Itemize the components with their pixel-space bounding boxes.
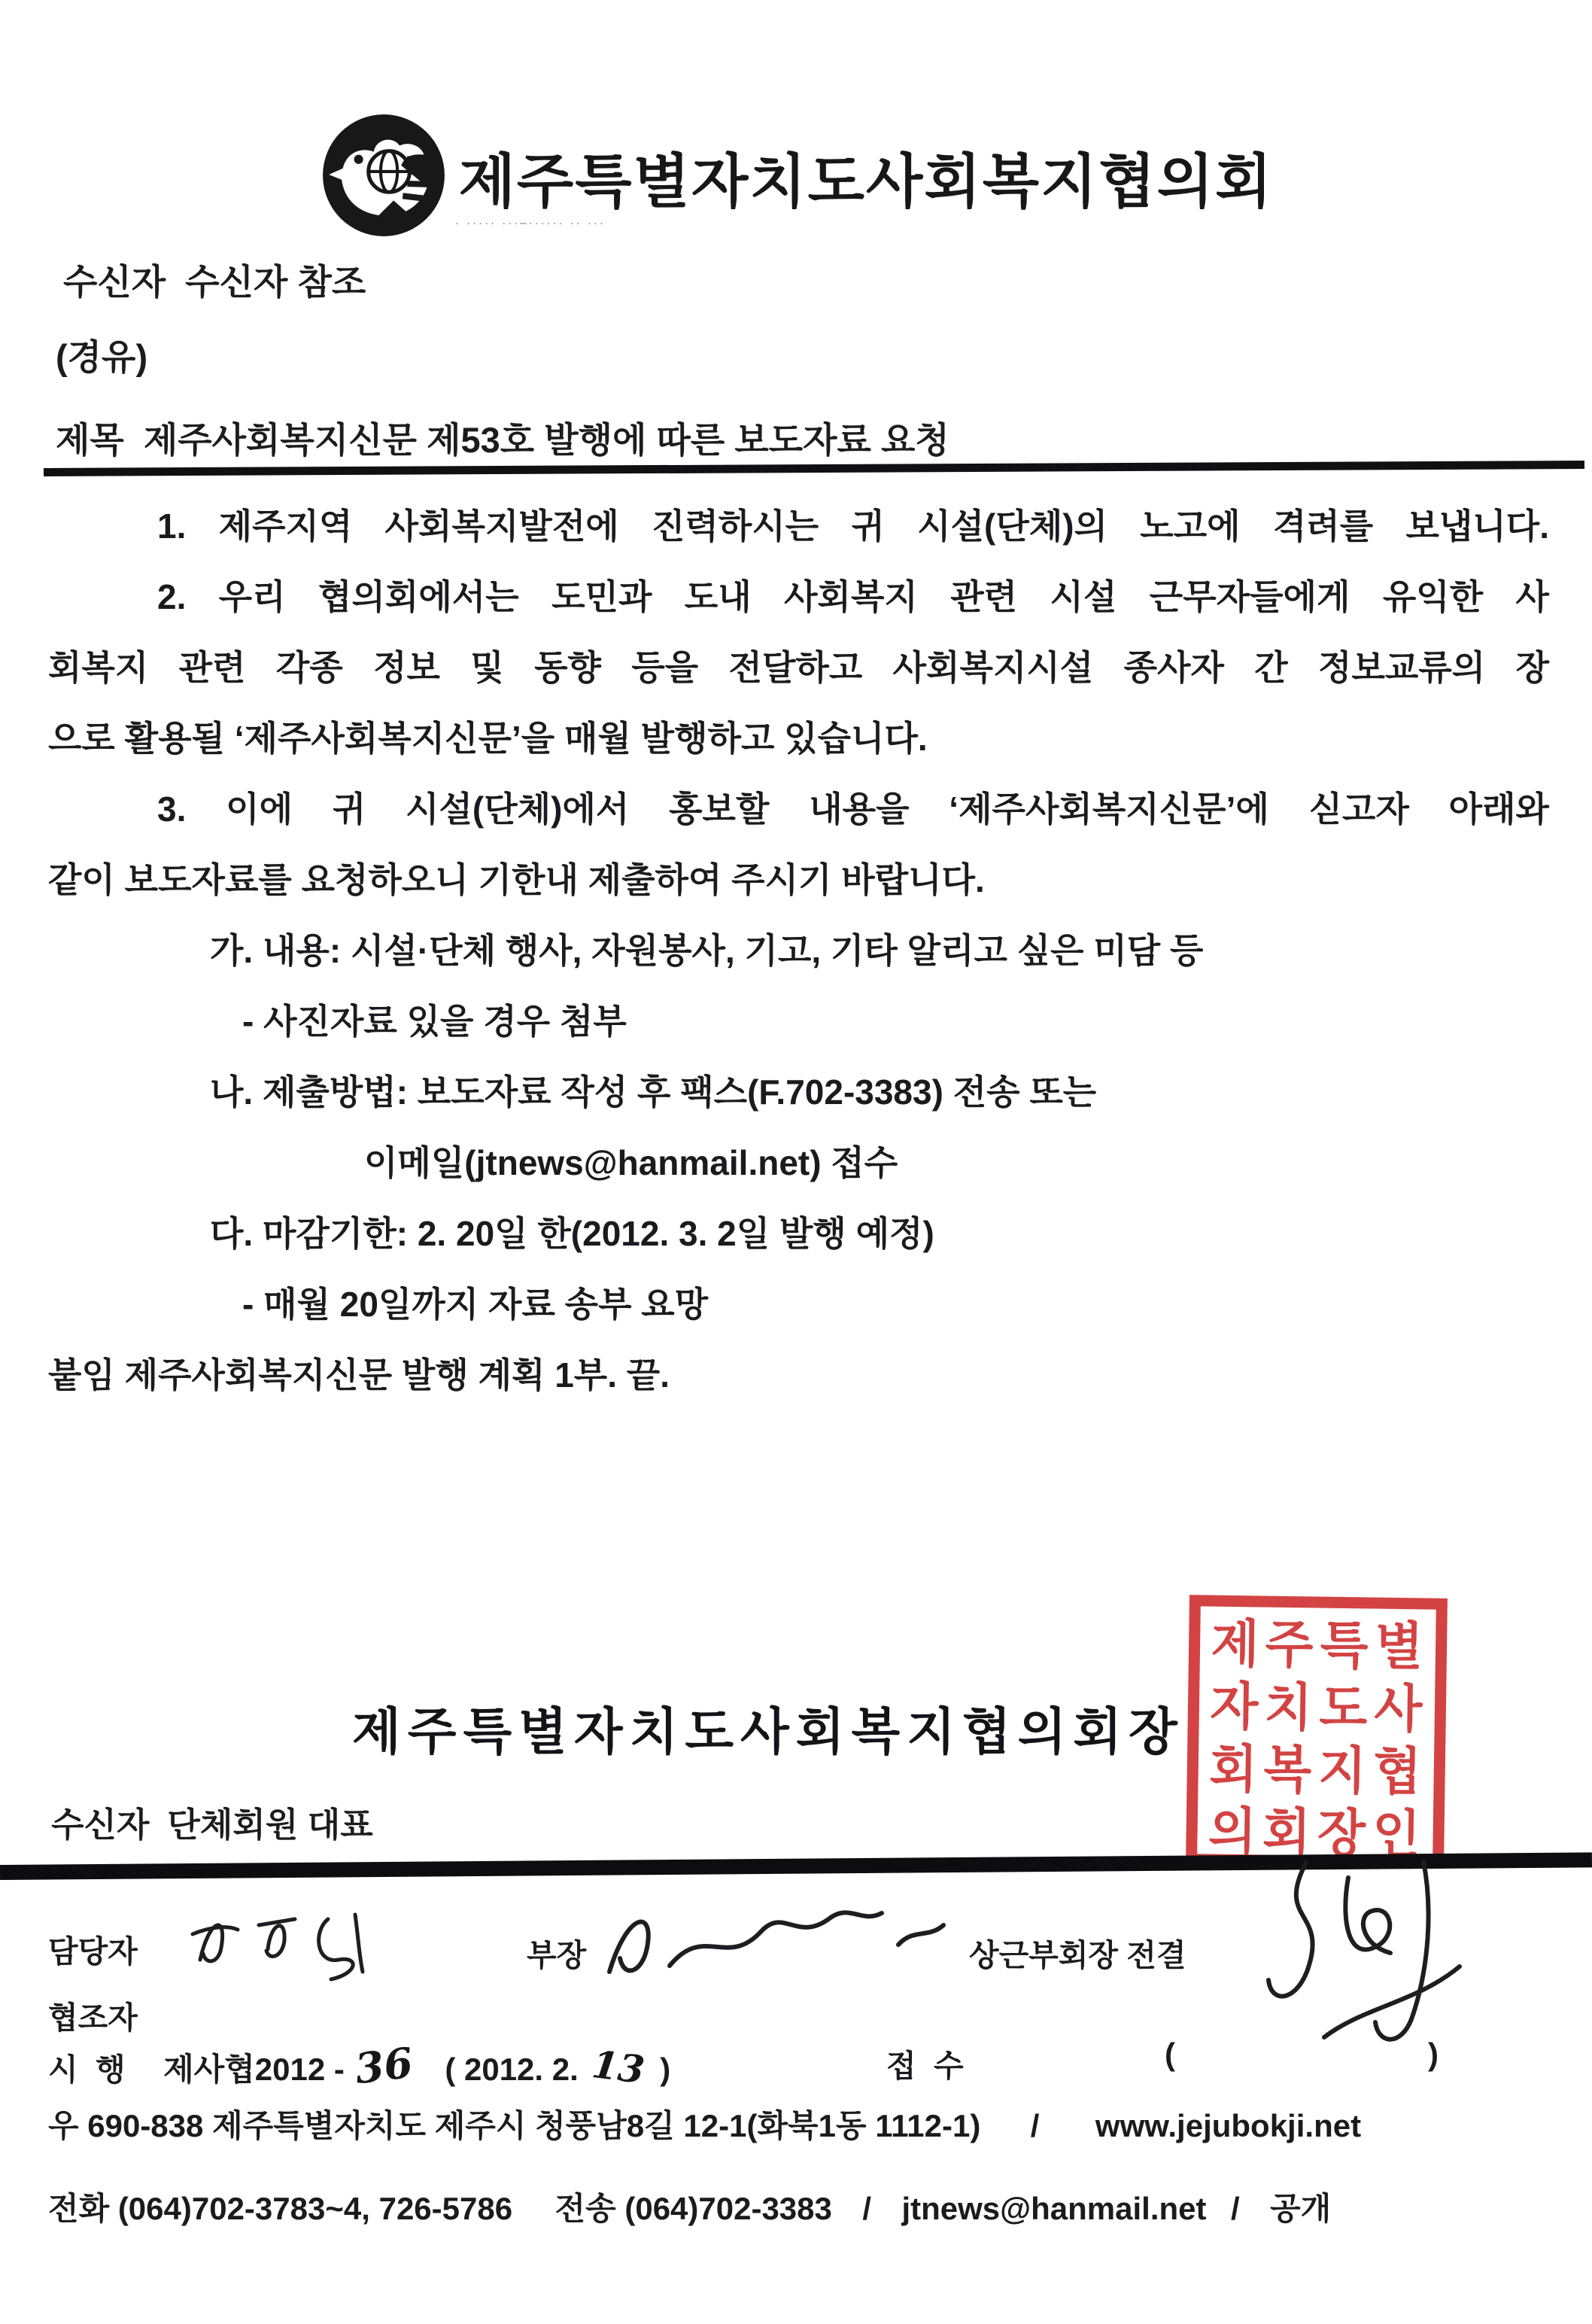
contact-line: 전화 (064)702-3783~4, 726-5786 전송 (064)702… [48, 2184, 1331, 2229]
seal-char: 자 [1210, 1678, 1259, 1736]
recipient-value: 수신자 참조 [185, 262, 366, 302]
seal-char: 협 [1373, 1743, 1422, 1801]
email-address: jtnews@hanmail.net [901, 2191, 1206, 2226]
disclosure-status: 공개 [1270, 2191, 1331, 2226]
body-line: 다. 마감기한: 2. 20일 한(2012. 3. 2일 발행 예정) [48, 1198, 1549, 1269]
body-line: - 사진자료 있을 경우 첨부 [48, 986, 1549, 1057]
seal-char: 복 [1263, 1741, 1312, 1799]
seal-char: 특 [1320, 1617, 1369, 1675]
receipt-paren-open: ( [1165, 2037, 1175, 2073]
body-line: 나. 제출방법: 보도자료 작성 후 팩스(F.702-3383) 전송 또는 [48, 1057, 1549, 1127]
doc-number-handwritten: 36 [353, 2038, 416, 2094]
body-line: - 매월 20일까지 자료 송부 요망 [48, 1269, 1549, 1340]
approver-label: 상근부회장 전결 [969, 1930, 1186, 1975]
recipient-line: 수신자수신자 참조 [63, 254, 366, 305]
body-line: 으로 활용될 ‘제주사회복지신문’을 매월 발행하고 있습니다. [48, 703, 1549, 774]
document-body: 1. 제주지역 사회복지발전에 진력하시는 귀 시설(단체)의 노고에 격려를 … [48, 491, 1549, 1410]
seal-char: 치 [1264, 1679, 1313, 1737]
exec-date-close: ) [660, 2052, 670, 2087]
seal-char: 사 [1374, 1681, 1423, 1738]
receipt-paren-close: ) [1428, 2037, 1439, 2073]
signer-title: 제주특별자치도사회복지협의회장 [352, 1692, 1184, 1764]
body-line: 2. 우리 협의회에서는 도민과 도내 사회복지 관련 시설 근무자들에게 유익… [48, 561, 1549, 632]
subject-value: 제주사회복지신문 제53호 발행에 따른 보도자료 요청 [144, 420, 949, 460]
manager-signature [181, 1897, 384, 1998]
official-seal-stamp: 제 주 특 별 자 치 도 사 회 복 지 협 의 회 장 인 [1185, 1594, 1448, 1873]
body-line: 3. 이에 귀 시설(단체)에서 홍보할 내용을 ‘제주사회복지신문’에 싣고자… [48, 774, 1549, 844]
scanned-official-document: · ····· ···–······ ·· ··· 제주특별자치 [0, 0, 1592, 2324]
org-logo-dove-globe-icon [319, 111, 448, 244]
via-line: (경유) [56, 330, 147, 380]
body-line: 가. 내용: 시설·단체 행사, 자원봉사, 기고, 기타 알리고 싶은 미담 … [48, 915, 1549, 986]
address-line: 우 690-838 제주특별자치도 제주시 청풍남8길 12-1(화북1동 11… [48, 2101, 1361, 2146]
dept-head-label: 부장 [527, 1930, 586, 1975]
exec-date-open: ( 2012. 2. [445, 2052, 578, 2087]
body-line: 이메일(jtnews@hanmail.net) 접수 [48, 1127, 1549, 1198]
letterhead: 제주특별자치도사회복지협의회 [0, 105, 1592, 248]
seal-char: 제 [1211, 1615, 1259, 1673]
postal-address: 우 690-838 제주특별자치도 제주시 청풍남8길 12-1(화북1동 11… [48, 2108, 980, 2143]
seal-char: 지 [1318, 1742, 1367, 1800]
recipient-bottom-label: 수신자 [51, 1805, 149, 1844]
doc-number-prefix: 제사협2012 - [163, 2052, 345, 2087]
subject-label: 제목 [56, 420, 124, 460]
receipt-label: 접 수 [886, 2041, 968, 2085]
exec-date-handwritten: 13 [590, 2042, 647, 2092]
website-url: www.jejubokji.net [1095, 2108, 1361, 2143]
manager-label: 담당자 [48, 1927, 138, 1971]
seal-char: 별 [1375, 1617, 1423, 1675]
recipient-label: 수신자 [63, 262, 166, 302]
subject-line: 제목제주사회복지신문 제53호 발행에 따른 보도자료 요청 [56, 412, 949, 463]
body-line: 회복지 관련 각종 정보 및 동향 등을 전달하고 사회복지시설 종사자 간 정… [48, 632, 1549, 703]
approver-signature [1234, 1848, 1497, 2077]
dept-head-signature [594, 1897, 956, 2021]
exec-label: 시 행 [48, 2052, 130, 2087]
body-line: 같이 보도자료를 요청하오니 기한내 제출하여 주시기 바랍니다. [48, 844, 1549, 915]
seal-char: 도 [1319, 1680, 1368, 1738]
phone-numbers: 전화 (064)702-3783~4, 726-5786 [48, 2191, 512, 2226]
seal-char: 주 [1265, 1616, 1314, 1674]
subject-divider-rule [44, 461, 1584, 476]
body-line: 1. 제주지역 사회복지발전에 진력하시는 귀 시설(단체)의 노고에 격려를 … [48, 491, 1549, 561]
fax-number: 전송 (064)702-3383 [555, 2191, 832, 2226]
cooperator-label: 협조자 [48, 1993, 138, 2037]
separator: / [1231, 2191, 1240, 2226]
recipient-bottom-line: 수신자단체회원 대표 [51, 1797, 373, 1846]
body-line: 붙임 제주사회복지신문 발행 계획 1부. 끝. [48, 1340, 1549, 1410]
org-name-title: 제주특별자치도사회복지협의회 [459, 135, 1274, 219]
address-separator: / [1031, 2108, 1040, 2143]
recipient-bottom-value: 단체회원 대표 [167, 1805, 372, 1844]
execution-line: 시 행 제사협2012 - 36 ( 2012. 2. 13 ) [48, 2041, 670, 2090]
separator: / [862, 2191, 871, 2226]
seal-char: 회 [1209, 1741, 1258, 1799]
